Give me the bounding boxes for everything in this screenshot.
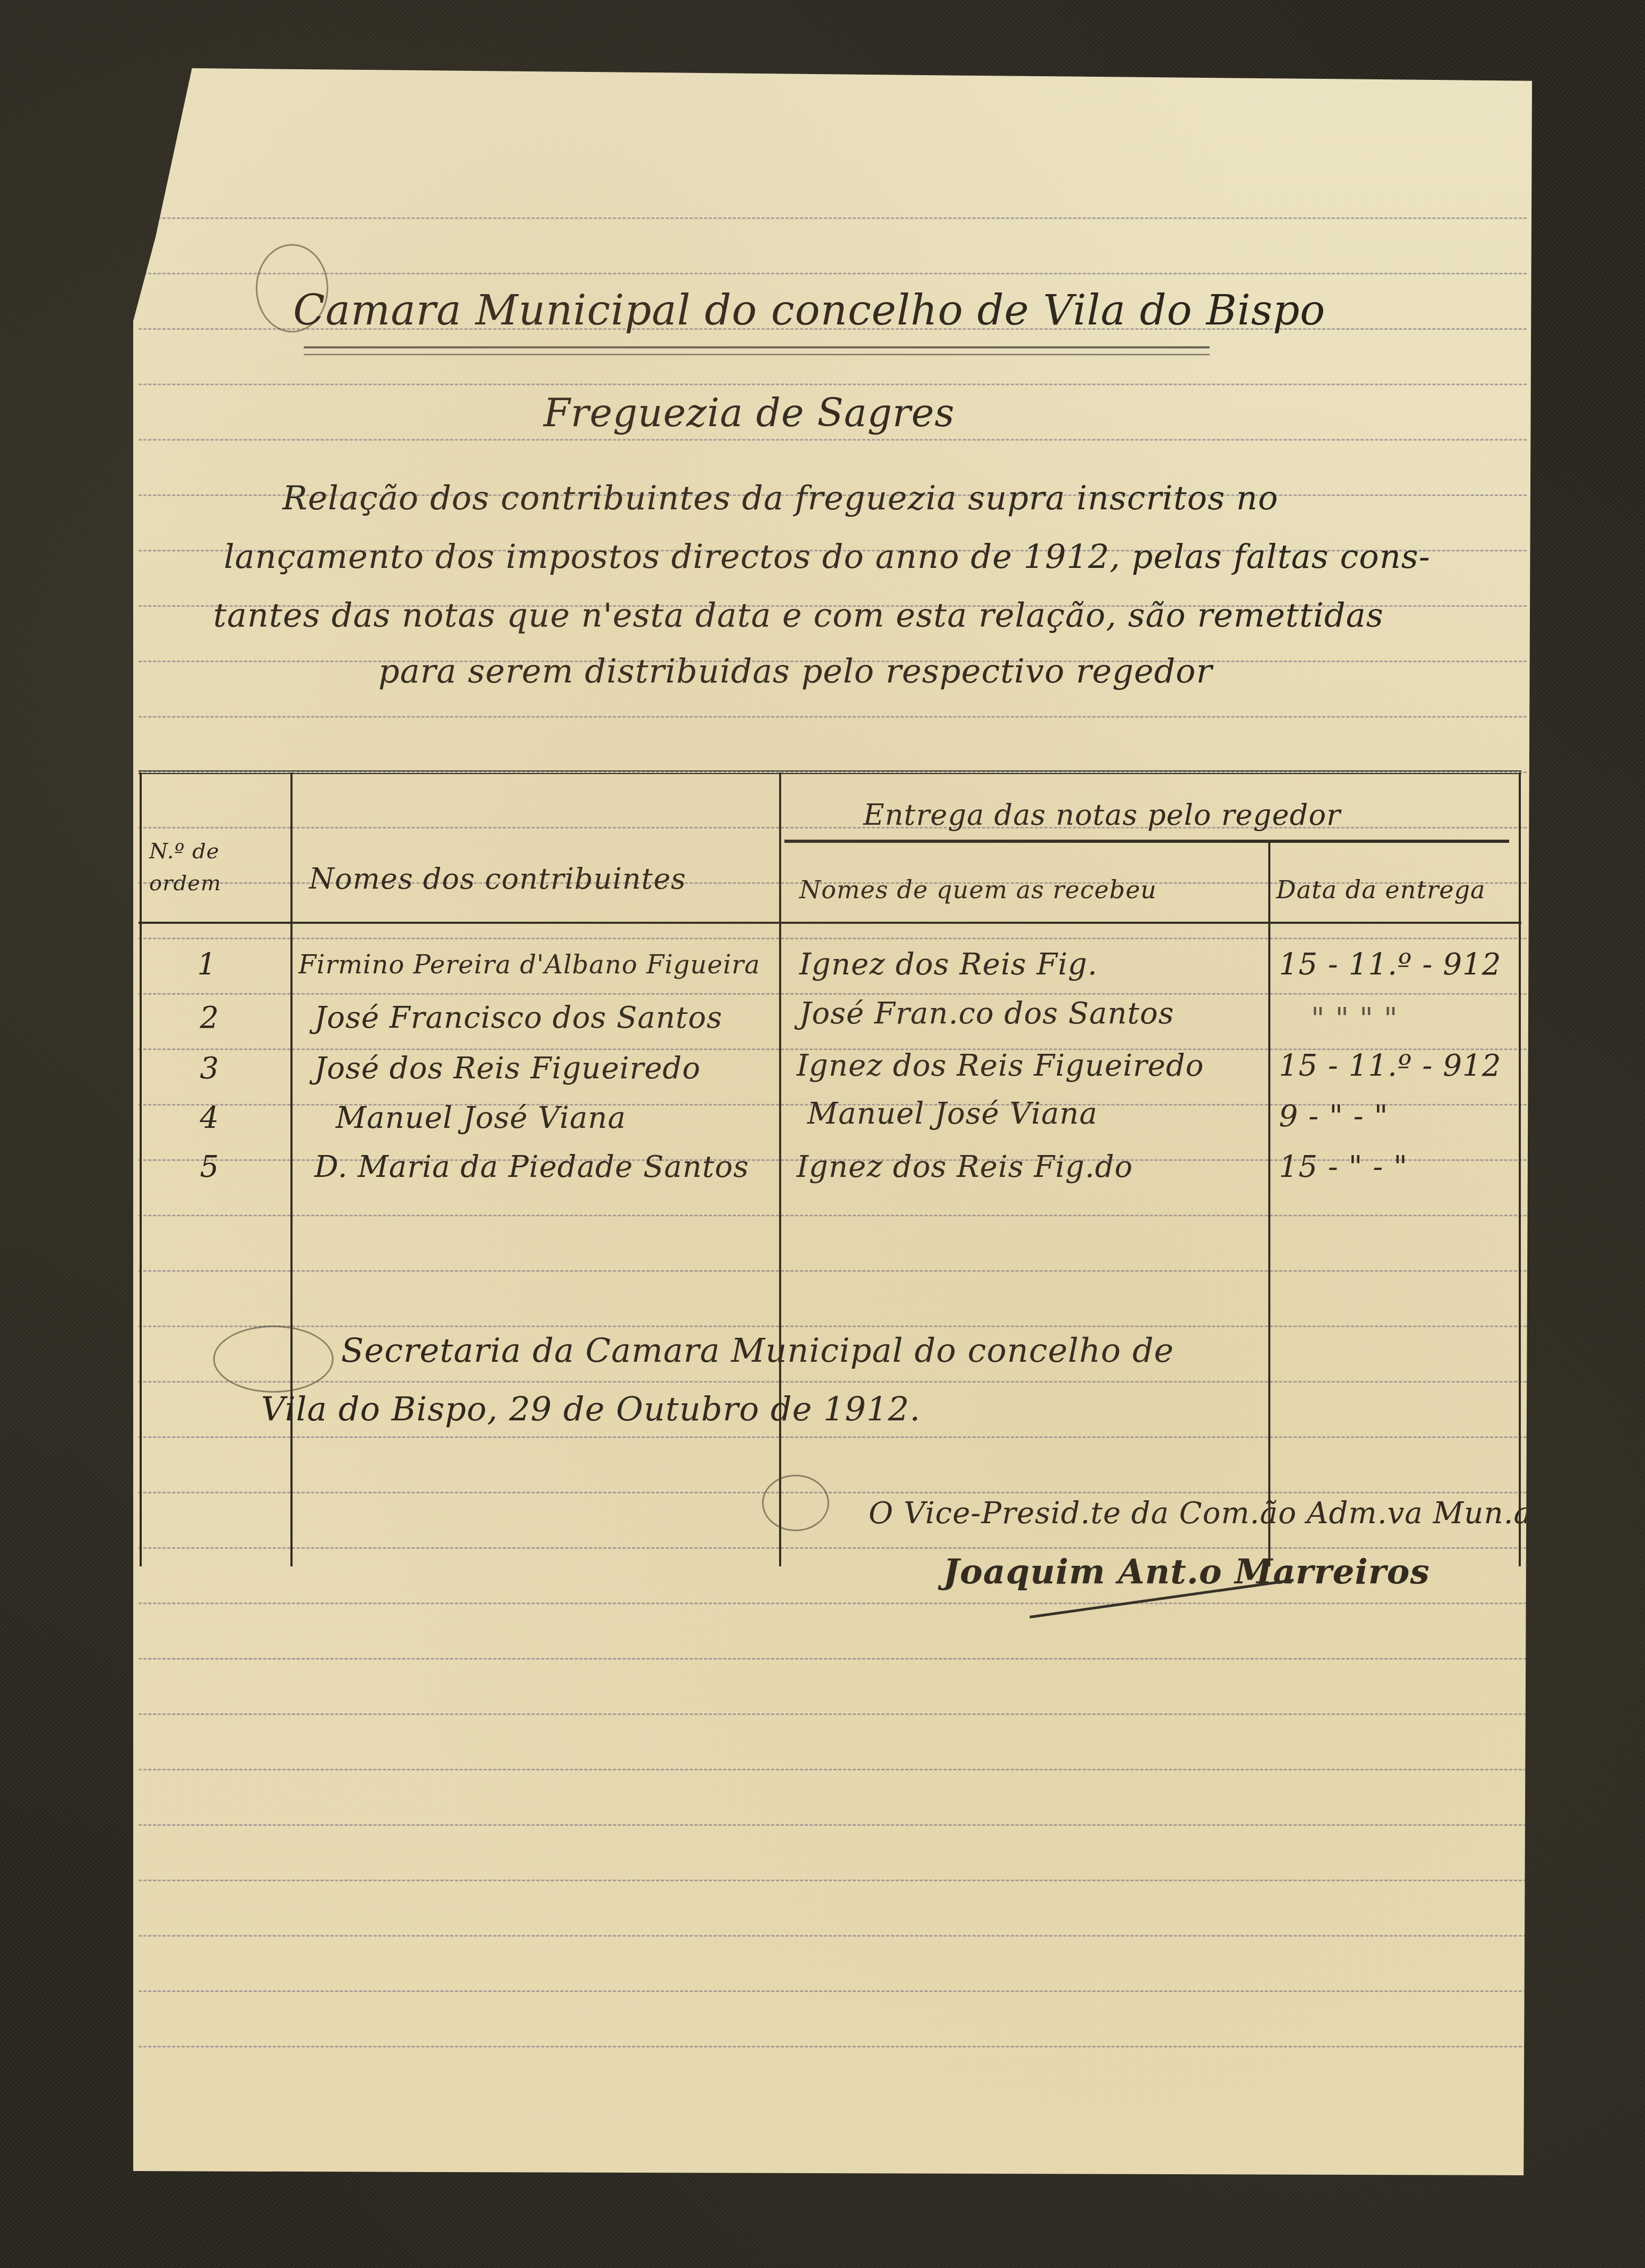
- received-by: Ignez dos Reis Fig.do: [797, 1150, 1133, 1184]
- received-by: Ignez dos Reis Figueiredo: [797, 1048, 1204, 1083]
- closing-flourish: [213, 1326, 334, 1393]
- intro-line: para serem distribuidas pelo respectivo …: [378, 652, 1212, 690]
- delivery-date: 9 - " - ": [1279, 1099, 1388, 1134]
- taxpayer-name: José Francisco dos Santos: [314, 1001, 723, 1035]
- closing-line-2: Vila do Bispo, 29 de Outubro de 1912.: [261, 1389, 921, 1428]
- signatory-title: O Vice-Presid.te da Com.ão Adm.va Mun.al…: [869, 1496, 1552, 1531]
- header-delivery-group: Entrega das notas pelo regedor: [863, 798, 1341, 832]
- document-title: Camara Municipal do concelho de Vila do …: [293, 287, 1326, 335]
- taxpayer-name: Firmino Pereira d'Albano Figueira: [298, 950, 760, 980]
- parish-subtitle: Freguezia de Sagres: [544, 391, 955, 435]
- taxpayer-name: José dos Reis Figueiredo: [314, 1051, 701, 1086]
- received-by: José Fran.co dos Santos: [799, 996, 1174, 1031]
- title-underline: [304, 346, 1210, 355]
- header-order-number: N.º de ordem: [149, 835, 277, 899]
- signature: Joaquim Ant.o Marreiros: [943, 1552, 1430, 1592]
- delivery-date: 15 - 11.º - 912: [1279, 947, 1502, 982]
- document-sheet: Camara Municipal do concelho de Vila do …: [133, 68, 1532, 2175]
- taxpayer-name: D. Maria da Piedade Santos: [314, 1150, 749, 1184]
- row-number: 2: [200, 1001, 220, 1035]
- received-by: Manuel José Viana: [807, 1096, 1098, 1131]
- received-by: Ignez dos Reis Fig.: [799, 947, 1098, 982]
- row-number: 5: [200, 1150, 220, 1184]
- header-delivery-date: Data da entrega: [1276, 875, 1486, 904]
- row-number: 3: [200, 1051, 220, 1086]
- taxpayer-name: Manuel José Viana: [336, 1101, 626, 1135]
- delivery-date: " " " ": [1311, 1002, 1398, 1036]
- row-number: 4: [200, 1101, 220, 1135]
- signature-flourish: [762, 1475, 829, 1531]
- intro-line: tantes das notas que n'esta data e com e…: [213, 596, 1383, 635]
- delivery-date: 15 - 11.º - 912: [1279, 1048, 1502, 1083]
- row-number: 1: [197, 947, 217, 982]
- header-taxpayer-names: Nomes dos contribuintes: [309, 862, 686, 896]
- intro-line: lançamento dos impostos directos do anno…: [224, 537, 1430, 576]
- delivery-date: 15 - " - ": [1279, 1150, 1408, 1184]
- intro-line: Relação dos contribuintes da freguezia s…: [282, 478, 1278, 517]
- closing-line-1: Secretaria da Camara Municipal do concel…: [341, 1331, 1174, 1370]
- header-received-by: Nomes de quem as recebeu: [799, 875, 1157, 904]
